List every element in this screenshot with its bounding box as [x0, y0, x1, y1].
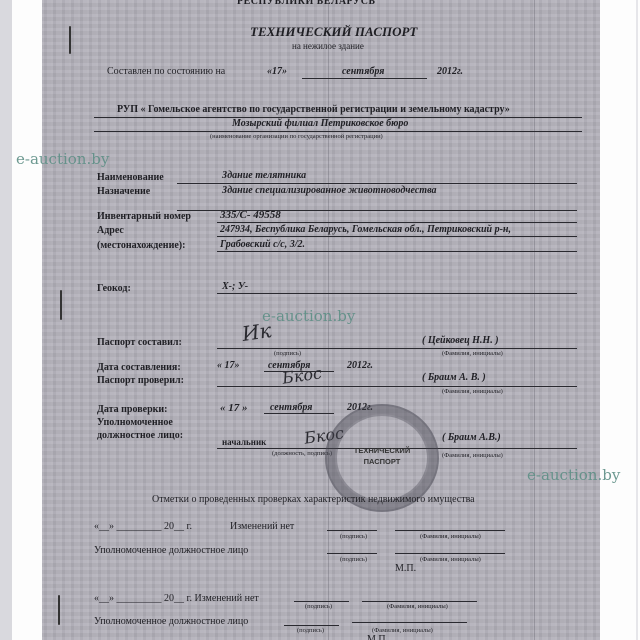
- signature-caption: (подпись): [274, 350, 301, 357]
- check-row4-label: Уполномоченное должностное лицо: [94, 616, 248, 627]
- page-margin-left: [12, 0, 42, 640]
- checks-heading: Отметки о проведенных проверках характер…: [152, 494, 475, 505]
- page-margin-right: [600, 0, 640, 640]
- compiled-by-name: ( Цейковец Н.Н. ): [422, 335, 499, 346]
- compiled-label: Составлен по состоянию на: [107, 66, 225, 77]
- staple-mark-icon: [60, 290, 62, 320]
- name-caption: (Фамилия, инициалы): [420, 556, 481, 563]
- watermark-logo: e-auction.by: [527, 466, 620, 484]
- name-caption: (Фамилия, инициалы): [372, 627, 433, 634]
- fold-line: [534, 0, 535, 640]
- address-line1: 247934, Беспублика Беларусь, Гомельская …: [220, 224, 511, 235]
- staple-mark-icon: [58, 595, 60, 625]
- scanner-frame-right: [636, 0, 638, 640]
- official-position: начальник: [222, 437, 266, 447]
- check-row3-date: «__» _________ 20__ г. Изменений нет: [94, 593, 259, 604]
- staple-mark-icon: [69, 26, 71, 54]
- inventory-label: Инвентарный номер: [97, 211, 191, 222]
- official-caption: (должность, подпись): [272, 450, 332, 457]
- country-header: РЕСПУБЛИКИ БЕЛАРУСЬ: [237, 0, 376, 7]
- compile-date-day: « 17»: [217, 360, 240, 371]
- name-caption: (Фамилия, инициалы): [420, 533, 481, 540]
- sign-caption: (подпись): [340, 533, 367, 540]
- address-line2: Грабовский с/с, 3/2.: [220, 239, 305, 250]
- sign-caption: (подпись): [340, 556, 367, 563]
- geocode-label: Геокод:: [97, 283, 131, 294]
- seal-placeholder: М.П.: [395, 563, 416, 574]
- name-label: Наименование: [97, 172, 164, 183]
- check-date-month: сентября: [270, 402, 312, 413]
- checked-by-name: ( Браим А. В. ): [422, 372, 486, 383]
- purpose-label: Назначение: [97, 186, 150, 197]
- compiled-by-label: Паспорт составил:: [97, 337, 182, 348]
- location-label: (местонахождение):: [97, 240, 185, 251]
- compile-date-label: Дата составления:: [97, 362, 181, 373]
- check-row1-date: «__» _________ 20__ г.: [94, 521, 192, 532]
- org-name: РУП « Гомельское агентство по государств…: [117, 104, 510, 115]
- check-date-label: Дата проверки:: [97, 404, 167, 415]
- compile-date-year: 2012г.: [347, 360, 373, 371]
- address-label: Адрес: [97, 225, 124, 236]
- name-caption-3: (Фамилия, инициалы): [442, 452, 503, 459]
- document-subtitle: на нежилое здание: [292, 41, 364, 51]
- inventory-value: 335/С- 49558: [220, 209, 281, 221]
- org-branch: Мозырский филиал Петриковское бюро: [232, 118, 408, 129]
- official-name: ( Браим А.В.): [442, 432, 501, 443]
- name-caption-2: (Фамилия, инициалы): [442, 388, 503, 395]
- checked-by-label: Паспорт проверил:: [97, 375, 184, 386]
- sign-caption: (подпись): [305, 603, 332, 610]
- name-caption: (Фамилия, инициалы): [387, 603, 448, 610]
- official-label-2: должностное лицо:: [97, 430, 183, 441]
- check-row1-status: Изменений нет: [230, 521, 294, 532]
- official-label-1: Уполномоченное: [97, 417, 173, 428]
- check-date-day: « 17 »: [220, 402, 248, 414]
- watermark-logo: e-auction.by: [262, 307, 355, 325]
- name-caption: (Фамилия, инициалы): [442, 350, 503, 357]
- watermark-logo: e-auction.by: [16, 150, 109, 168]
- compiled-year: 2012г.: [437, 66, 463, 77]
- document-title: ТЕХНИЧЕСКИЙ ПАСПОРТ: [250, 24, 417, 40]
- geocode-value: Х-; У-: [222, 281, 248, 292]
- seal-placeholder-2: М.П.: [367, 634, 388, 640]
- sign-caption: (подпись): [297, 627, 324, 634]
- org-caption: (наименование организации по государстве…: [210, 133, 383, 140]
- purpose-value: Здание специализированное животноводчест…: [222, 185, 436, 196]
- name-value: Здание телятника: [222, 170, 306, 181]
- check-row2-label: Уполномоченное должностное лицо: [94, 545, 248, 556]
- compiled-day: «17»: [267, 66, 287, 77]
- signature-checker: Бкос: [281, 363, 323, 387]
- compiled-month: сентября: [342, 66, 384, 77]
